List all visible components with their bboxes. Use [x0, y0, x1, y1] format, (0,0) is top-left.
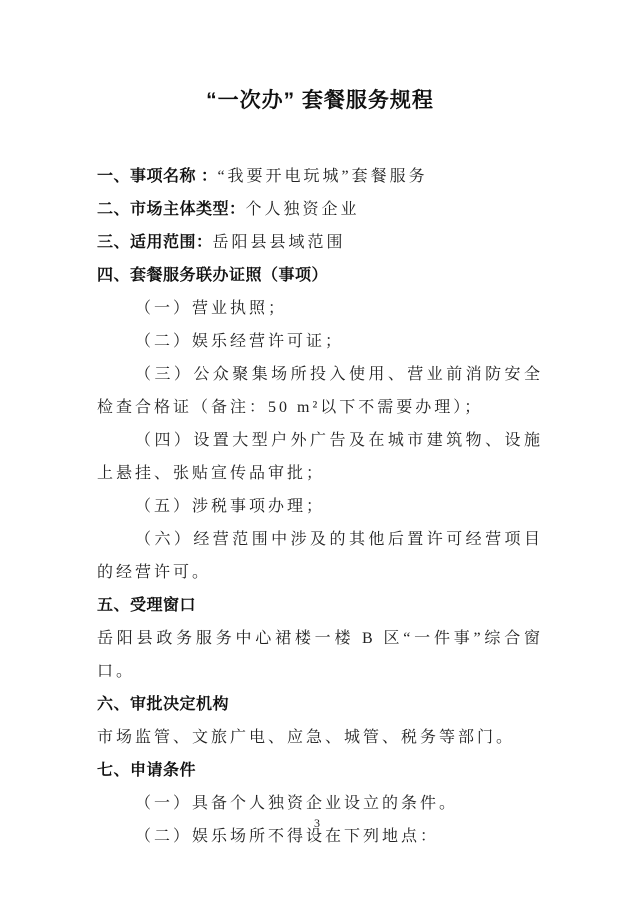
section-authority-body: 市场监管、文旅广电、应急、城管、税务等部门。 — [97, 721, 543, 754]
license-item-6: （六）经营范围中涉及的其他后置许可经营项目的经营许可。 — [97, 523, 543, 589]
section-licenses-heading: 四、套餐服务联办证照（事项） — [97, 259, 543, 292]
document-content: “一次办” 套餐服务规程 一、事项名称 ：“我要开电玩城”套餐服务 二、市场主体… — [97, 86, 543, 853]
document-page: “一次办” 套餐服务规程 一、事项名称 ：“我要开电玩城”套餐服务 二、市场主体… — [0, 0, 634, 898]
section-entity-type-value: 个人独资企业 — [246, 201, 360, 218]
page-number: 3 — [0, 816, 634, 831]
page-title: “一次办” 套餐服务规程 — [97, 86, 543, 116]
license-item-3: （三）公众聚集场所投入使用、营业前消防安全检查合格证（备注：50 m²以下不需要… — [97, 358, 543, 424]
section-item-name-value: “我要开电玩城”套餐服务 — [217, 168, 427, 185]
section-scope-value: 岳阳县县域范围 — [213, 234, 346, 251]
license-item-5: （五）涉税事项办理； — [97, 490, 543, 523]
section-item-name-label: 一、事项名称 ： — [97, 168, 217, 185]
section-entity-type: 二、市场主体类型：个人独资企业 — [97, 193, 543, 226]
license-item-1: （一）营业执照； — [97, 292, 543, 325]
section-item-name: 一、事项名称 ：“我要开电玩城”套餐服务 — [97, 160, 543, 193]
section-scope-label: 三、适用范围： — [97, 234, 213, 251]
section-authority-heading: 六、审批决定机构 — [97, 688, 543, 721]
license-item-4: （四）设置大型户外广告及在城市建筑物、设施上悬挂、张贴宣传品审批； — [97, 424, 543, 490]
section-window-body: 岳阳县政务服务中心裙楼一楼 B 区“一件事”综合窗口。 — [97, 622, 543, 688]
document-body: 一、事项名称 ：“我要开电玩城”套餐服务 二、市场主体类型：个人独资企业 三、适… — [97, 160, 543, 853]
section-conditions-heading: 七、申请条件 — [97, 754, 543, 787]
license-item-2: （二）娱乐经营许可证； — [97, 325, 543, 358]
section-window-heading: 五、受理窗口 — [97, 589, 543, 622]
section-entity-type-label: 二、市场主体类型： — [97, 201, 246, 218]
section-scope: 三、适用范围：岳阳县县域范围 — [97, 226, 543, 259]
